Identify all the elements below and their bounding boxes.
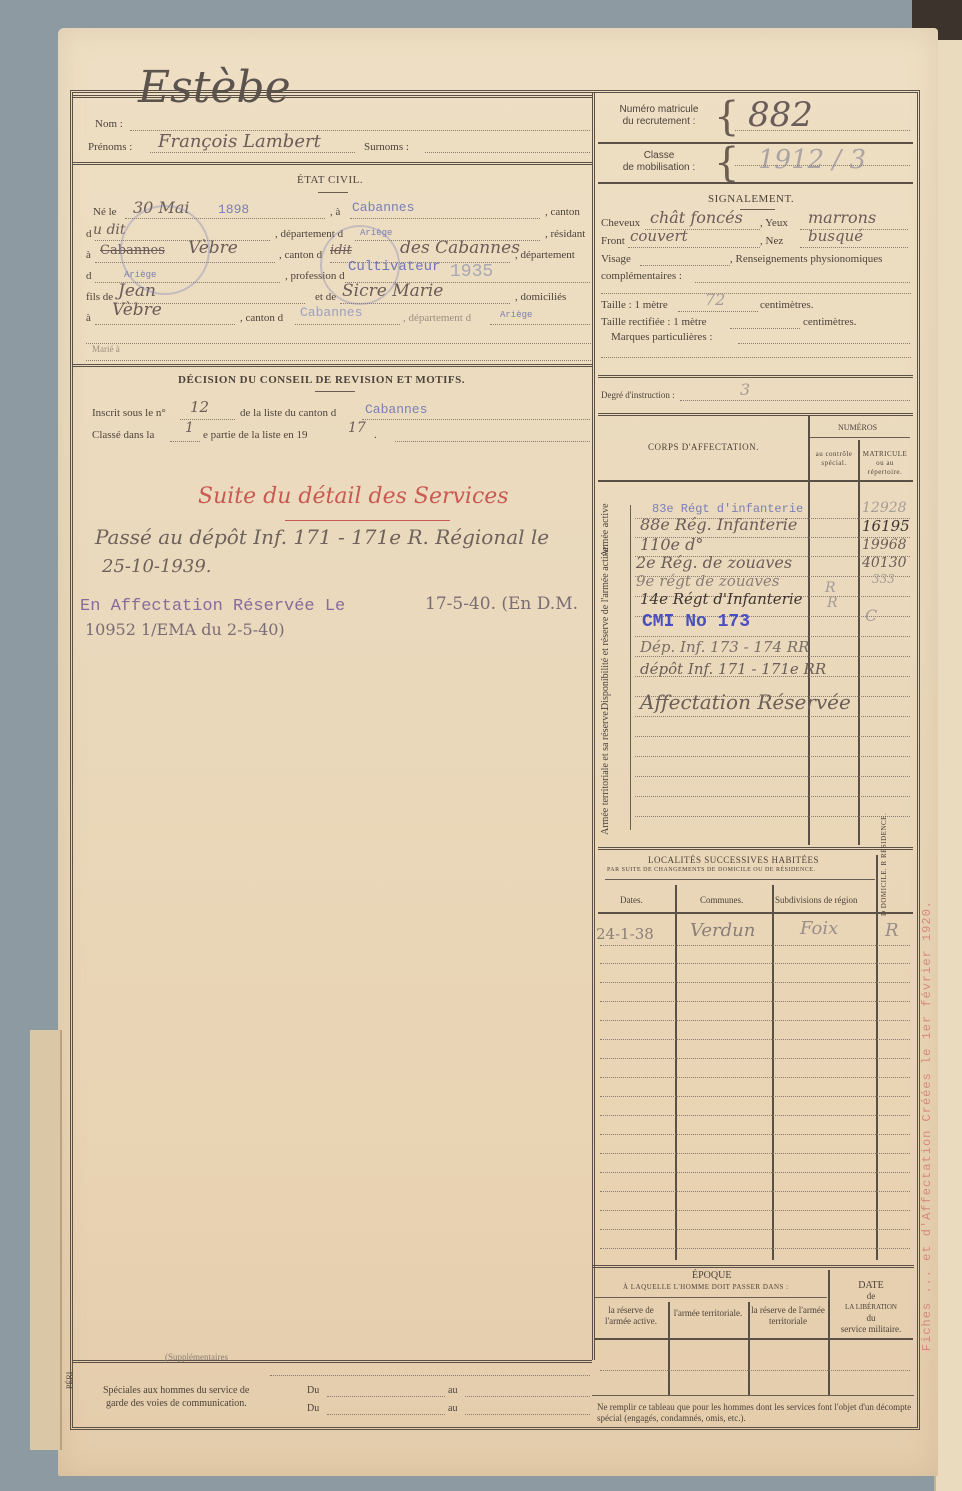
divider [605,879,875,880]
classe-value: 1912 / 3 [758,145,866,175]
localite-subdivision-0: Foix [800,918,838,939]
corps-entry-6-cmi-stamp: CMI No 173 [642,612,750,632]
line [600,1058,910,1059]
corps-entry-0: 83e Régt d'infanterie [652,502,803,516]
line [327,1414,445,1415]
corps-entry-9: Affectation Réservée [640,690,851,714]
corps-title: CORPS D'AFFECTATION. [648,442,759,452]
line [601,357,911,358]
divider [72,364,592,367]
line [600,1153,910,1154]
complementaires-label: complémentaires : [601,270,682,282]
canton2-value: des Cabannes [400,238,520,258]
line [600,1001,910,1002]
line [490,324,590,325]
partie-end: . [374,429,377,441]
liberation-header: DATE de LA LIBÉRATION du service militai… [830,1280,912,1335]
departement3-label: , département d [403,312,471,324]
line [600,1134,910,1135]
divider [810,437,910,438]
line [600,1248,910,1249]
localites-title: LOCALITÉS SUCCESSIVES HABITÉES [648,855,819,865]
departement3-value: Ariège [500,310,532,320]
partie-year: 17 [348,420,366,436]
torn-page-edge [30,1030,62,1450]
divider [598,912,913,914]
line [270,1375,590,1376]
front-value: couvert [630,227,688,245]
yeux-value: marrons [808,208,876,227]
a-label: à [86,249,91,261]
divider [598,847,913,850]
localite-commune-0: Verdun [690,920,755,941]
yeux-label: , Yeux [760,217,788,229]
line [735,165,910,166]
line [600,945,910,946]
d-label: d [86,270,92,282]
surnoms-line [425,152,590,153]
title-underline [315,391,355,392]
numeros-title: NUMÉROS [838,423,877,432]
liste-canton-value: Cabannes [365,402,427,417]
line [86,343,591,344]
classe-label-2: de mobilisation : [604,162,714,174]
line [600,1370,910,1371]
matricule-entry-1: 16195 [862,517,910,535]
nom-label: Nom : [95,118,123,130]
canton-label: , canton [545,206,580,218]
liberation-date-title: DATE [830,1280,912,1291]
corps-entry-4: 9e régt de zouaves [636,572,779,590]
title-underline [740,209,775,210]
brace: { [714,94,739,140]
a-label: à [86,312,91,324]
services-title-underline [285,520,450,521]
line [600,1115,910,1116]
brace: { [714,140,739,186]
line [640,265,730,266]
matricule-label-2: du recrutement : [604,116,714,128]
col-controle-header: au contrôle spécial. [812,450,856,468]
signalement-title: SIGNALEMENT. [708,193,794,205]
inscrit-value: 12 [190,398,209,416]
canton3-label: , canton d [240,312,283,324]
divider [598,182,913,184]
line [465,1414,590,1415]
rectifie-stamp [120,205,210,295]
line [350,218,540,219]
classe-label: Classe de mobilisation : [604,150,714,174]
epoque-col3: la réserve de l'armée territoriale [750,1305,826,1327]
marques-label: Marques particulières : [611,331,712,343]
line [635,816,910,817]
epoque-col1: la réserve de l'armée active. [595,1305,667,1327]
classe-dans-value: 1 [185,420,194,436]
au-2: au [448,1403,457,1414]
degre-value: 3 [740,380,750,399]
line [86,360,591,361]
divider [592,1265,914,1268]
taille-label: Taille : 1 mètre [601,299,668,311]
line [600,1172,910,1173]
partie-label: e partie de la liste en 19 [203,429,307,441]
visage-label: Visage [601,253,631,265]
periodes-label: PÉRI [65,1360,81,1400]
corps-entry-8: dépôt Inf. 171 - 171e RR [640,660,826,678]
affectation-reservee-stamp: En Affectation Réservée Le [80,597,345,616]
corps-entry-2: 110e d° [640,535,703,554]
corps-entry-3: 2e Rég. de zouaves [636,553,792,572]
col-dates-header: Dates. [620,895,643,905]
line [635,716,910,717]
birthplace: Cabannes [352,200,414,215]
du-1: Du [307,1385,319,1396]
decision-title: DÉCISION DU CONSEIL DE REVISION ET MOTIF… [178,374,465,386]
matricule-entry-5: C [865,606,877,625]
line [327,1396,445,1397]
line [678,311,758,312]
divider [72,162,592,165]
matricule-value: 882 [748,95,813,135]
matricule-label: Numéro matricule du recrutement : [604,104,714,128]
line [730,328,800,329]
line [735,130,910,131]
cheveux-value: chât foncés [650,208,743,227]
classe-dans-label: Classé dans la [92,429,154,441]
line [635,636,910,637]
front-label: Front [601,235,625,247]
line [695,282,910,283]
divider [595,1297,827,1298]
supplementaires-label: (Supplémentaires [165,1352,228,1362]
services-line-2: 25-10-1939. [102,556,212,577]
controle-entry-4: R [825,580,836,596]
column-divider [592,92,595,1360]
divider [598,413,913,416]
du-2: Du [307,1403,319,1414]
canton2-label: , canton d [279,249,322,261]
corps-entry-1: 88e Rég. Infanterie [640,515,797,534]
line [95,324,235,325]
canton3-value: Cabannes [300,305,362,320]
liberation-de: de [830,1291,912,1302]
etat-civil-title: ÉTAT CIVIL. [297,174,363,186]
speciales-line2: garde des voies de communication. [106,1398,247,1409]
classe-label-1: Classe [604,150,714,162]
divider [598,480,913,482]
line [600,1077,910,1078]
divider [598,375,913,378]
speciales-line1: Spéciales aux hommes du service de [103,1385,249,1396]
line [600,963,910,964]
liberation-service: service militaire. [830,1324,912,1335]
surnoms-label: Surnoms : [364,141,409,153]
services-line-4: 10952 1/EMA du 2-5-40) [85,620,285,639]
line [800,247,908,248]
epoque-subtitle: À LAQUELLE L'HOMME DOIT PASSER DANS : [623,1283,789,1291]
localites-subtitle: PAR SUITE DE CHANGEMENTS DE DOMICILE OU … [607,867,815,873]
line [600,1020,910,1021]
prenoms-value: François Lambert [158,131,321,152]
margin-stamp-note: Fiches ... et d'Affectation Créées le 1e… [920,900,950,1351]
line [628,247,760,248]
localite-dr-0: R [885,920,899,941]
fils-de-label: fils de [86,291,113,303]
line [600,982,910,983]
col-communes-header: Communes. [700,895,743,905]
section-territoriale: Armée territoriale et sa réserve. [600,725,626,835]
section-disponibilite: Disponibilité et réserve de l'armée acti… [600,580,626,710]
table-vline [858,440,860,845]
line [635,656,910,657]
line [465,1396,590,1397]
corps-entry-7: Dép. Inf. 173 - 174 RR [640,638,809,656]
ne-le-label: Né le [93,206,117,218]
line [600,1191,910,1192]
line [600,1229,910,1230]
divider [72,95,592,98]
departement2-label: , département [515,249,575,261]
prenoms-label: Prénoms : [88,141,132,153]
liberation-du: du [830,1313,912,1324]
line [362,419,590,420]
centimetres-label: centimètres. [760,299,813,311]
section-brace [630,505,631,830]
nez-label: , Nez [760,235,783,247]
services-line-1: Passé au dépôt Inf. 171 - 171e R. Région… [95,525,549,549]
table-vline [772,885,774,1260]
birth-year: 1898 [218,202,249,217]
line [170,441,200,442]
line [635,756,910,757]
renseignements-label: , Renseignements physionomiques [730,253,882,265]
taille-value: 72 [705,290,725,309]
domicile-value: Vèbre [112,300,162,320]
epoque-col2: l'armée territoriale. [670,1308,746,1319]
divider [72,1360,592,1363]
domicilies-label: , domiciliés [515,291,566,303]
degre-label: Degré d'instruction : [601,390,675,400]
services-stamp-date: 17-5-40. (En D.M. [425,594,578,614]
controle-entry-5: R [827,595,838,611]
line [395,441,590,442]
matricule-label-1: Numéro matricule [604,104,714,116]
line [680,400,910,401]
a-label: , à [330,206,340,218]
centimetres2-label: centimètres. [803,316,856,328]
line [635,796,910,797]
line [635,736,910,737]
taille-rectifiee-label: Taille rectifiée : 1 mètre [601,316,707,328]
faded-stamp [320,225,400,305]
line [600,1096,910,1097]
profession-year: 1935 [450,262,493,282]
line [635,776,910,777]
inscrit-label: Inscrit sous le n° [92,407,166,419]
table-vline [675,885,677,1260]
line [600,1039,910,1040]
liste-canton-label: de la liste du canton d [240,407,336,419]
line [600,1210,910,1211]
matricule-entry-4: 333 [872,572,895,586]
title-underline [318,192,348,193]
residant-label: , résidant [545,228,585,240]
col-dr-header: D DOMICILE. R RÉSIDENCE. [880,858,906,916]
matricule-entry-0: 12928 [862,500,907,516]
nez-value: busqué [808,227,863,245]
marie-label: Marié à [92,344,120,354]
d-label: d [86,228,92,240]
col-matricule-header: MATRICULE ou au répertoire. [860,450,910,477]
col-subdivisions-header: Subdivisions de région [775,895,858,905]
divider [598,142,913,144]
line [295,324,400,325]
services-title: Suite du détail des Services [198,484,509,509]
divider [592,1395,914,1396]
canton-value: u dit [93,222,126,238]
liberation-label: LA LIBÉRATION [830,1302,912,1313]
matricule-entry-3: 40130 [862,555,907,571]
epoque-title: ÉPOQUE [692,1270,731,1281]
au-1: au [448,1385,457,1396]
epoque-note: Ne remplir ce tableau que pour les homme… [597,1402,912,1424]
divider [595,1338,913,1340]
localite-date-0: 24-1-38 [596,925,654,943]
corps-entry-5: 14e Régt d'Infanterie [640,590,803,608]
prenoms-line [150,152,355,153]
matricule-entry-2: 19968 [862,537,907,553]
line [601,293,911,294]
line [738,343,910,344]
